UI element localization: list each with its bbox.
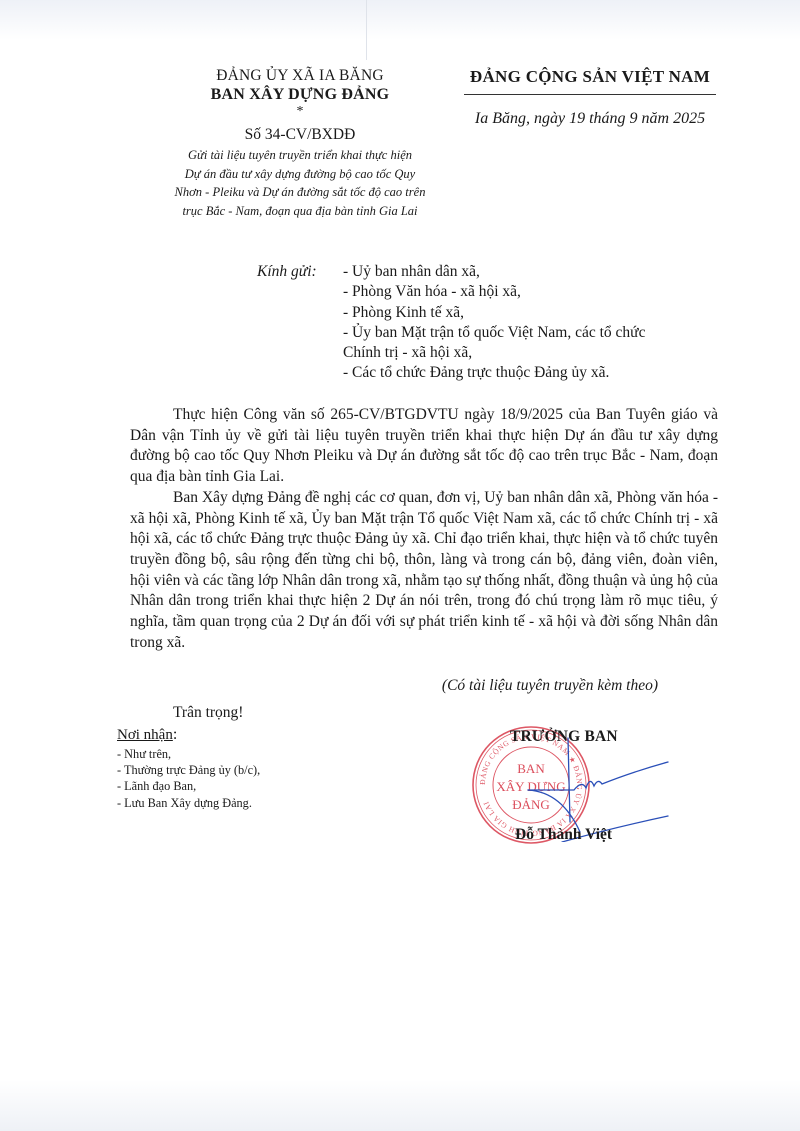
- recipient-item: - Phòng Văn hóa - xã hội xã,: [343, 282, 723, 302]
- parent-organization: ĐẢNG ỦY XÃ IA BĂNG: [150, 66, 450, 85]
- document-page: ĐẢNG ỦY XÃ IA BĂNG BAN XÂY DỰNG ĐẢNG * S…: [0, 0, 800, 1131]
- document-number: Số 34-CV/BXDĐ: [150, 125, 450, 145]
- scan-artifact: [366, 0, 367, 60]
- body-paragraph: Ban Xây dựng Đảng đề nghị các cơ quan, đ…: [130, 488, 718, 654]
- recipient-item-continuation: Chính trị - xã hội xã,: [343, 343, 723, 363]
- distribution-item: - Thường trực Đảng ủy (b/c),: [117, 762, 377, 778]
- distribution-item: - Lưu Ban Xây dựng Đảng.: [117, 795, 377, 811]
- recipient-item: - Ủy ban Mặt trận tổ quốc Việt Nam, các …: [343, 323, 723, 343]
- recipient-item: - Phòng Kinh tế xã,: [343, 303, 723, 323]
- summary-line: Gửi tài liệu tuyên truyền triển khai thự…: [150, 146, 450, 165]
- star-separator: *: [150, 107, 450, 119]
- signature-block: ĐẢNG CỘNG SẢN VIỆT NAM ★ ĐẢNG ỦY XÃ IA B…: [462, 722, 672, 862]
- document-summary: Gửi tài liệu tuyên truyền triển khai thự…: [150, 146, 450, 220]
- issuing-organization: BAN XÂY DỰNG ĐẢNG: [150, 85, 450, 105]
- recipient-item: - Các tổ chức Đảng trực thuộc Đảng ủy xã…: [343, 363, 723, 383]
- party-name: ĐẢNG CỘNG SẢN VIỆT NAM: [470, 66, 710, 91]
- national-header-block: ĐẢNG CỘNG SẢN VIỆT NAM Ia Băng, ngày 19 …: [440, 66, 740, 129]
- distribution-title: Nơi nhận: [117, 726, 173, 745]
- summary-line: Nhơn - Pleiku và Dự án đường sắt tốc độ …: [150, 183, 450, 202]
- signer-name: Đỗ Thành Việt: [515, 826, 612, 844]
- signer-title: TRƯỞNG BAN: [510, 728, 618, 746]
- recipients-list: - Uỷ ban nhân dân xã, - Phòng Văn hóa - …: [343, 262, 723, 384]
- recipient-item: - Uỷ ban nhân dân xã,: [343, 262, 723, 282]
- distribution-item: - Lãnh đạo Ban,: [117, 778, 377, 794]
- distribution-block: Nơi nhận: - Như trên, - Thường trực Đảng…: [117, 726, 377, 811]
- issuing-authority-block: ĐẢNG ỦY XÃ IA BĂNG BAN XÂY DỰNG ĐẢNG * S…: [150, 66, 450, 220]
- attachment-note: (Có tài liệu tuyên truyền kèm theo): [130, 676, 718, 696]
- summary-line: Dự án đầu tư xây dựng đường bộ cao tốc Q…: [150, 165, 450, 184]
- distribution-list: - Như trên, - Thường trực Đảng ủy (b/c),…: [117, 746, 377, 811]
- document-body: Thực hiện Công văn số 265-CV/BTGDVTU ngà…: [130, 405, 718, 653]
- closing-salutation: Trân trọng!: [173, 703, 243, 723]
- header-underline: [464, 94, 716, 95]
- distribution-item: - Như trên,: [117, 746, 377, 762]
- distribution-title-text: Nơi nhận: [117, 727, 173, 743]
- summary-line: trục Bắc - Nam, đoạn qua địa bàn tỉnh Gi…: [150, 202, 450, 221]
- recipients-label: Kính gửi:: [257, 262, 317, 282]
- distribution-colon: :: [173, 726, 177, 743]
- place-and-date: Ia Băng, ngày 19 tháng 9 năm 2025: [440, 109, 740, 129]
- body-paragraph: Thực hiện Công văn số 265-CV/BTGDVTU ngà…: [130, 405, 718, 488]
